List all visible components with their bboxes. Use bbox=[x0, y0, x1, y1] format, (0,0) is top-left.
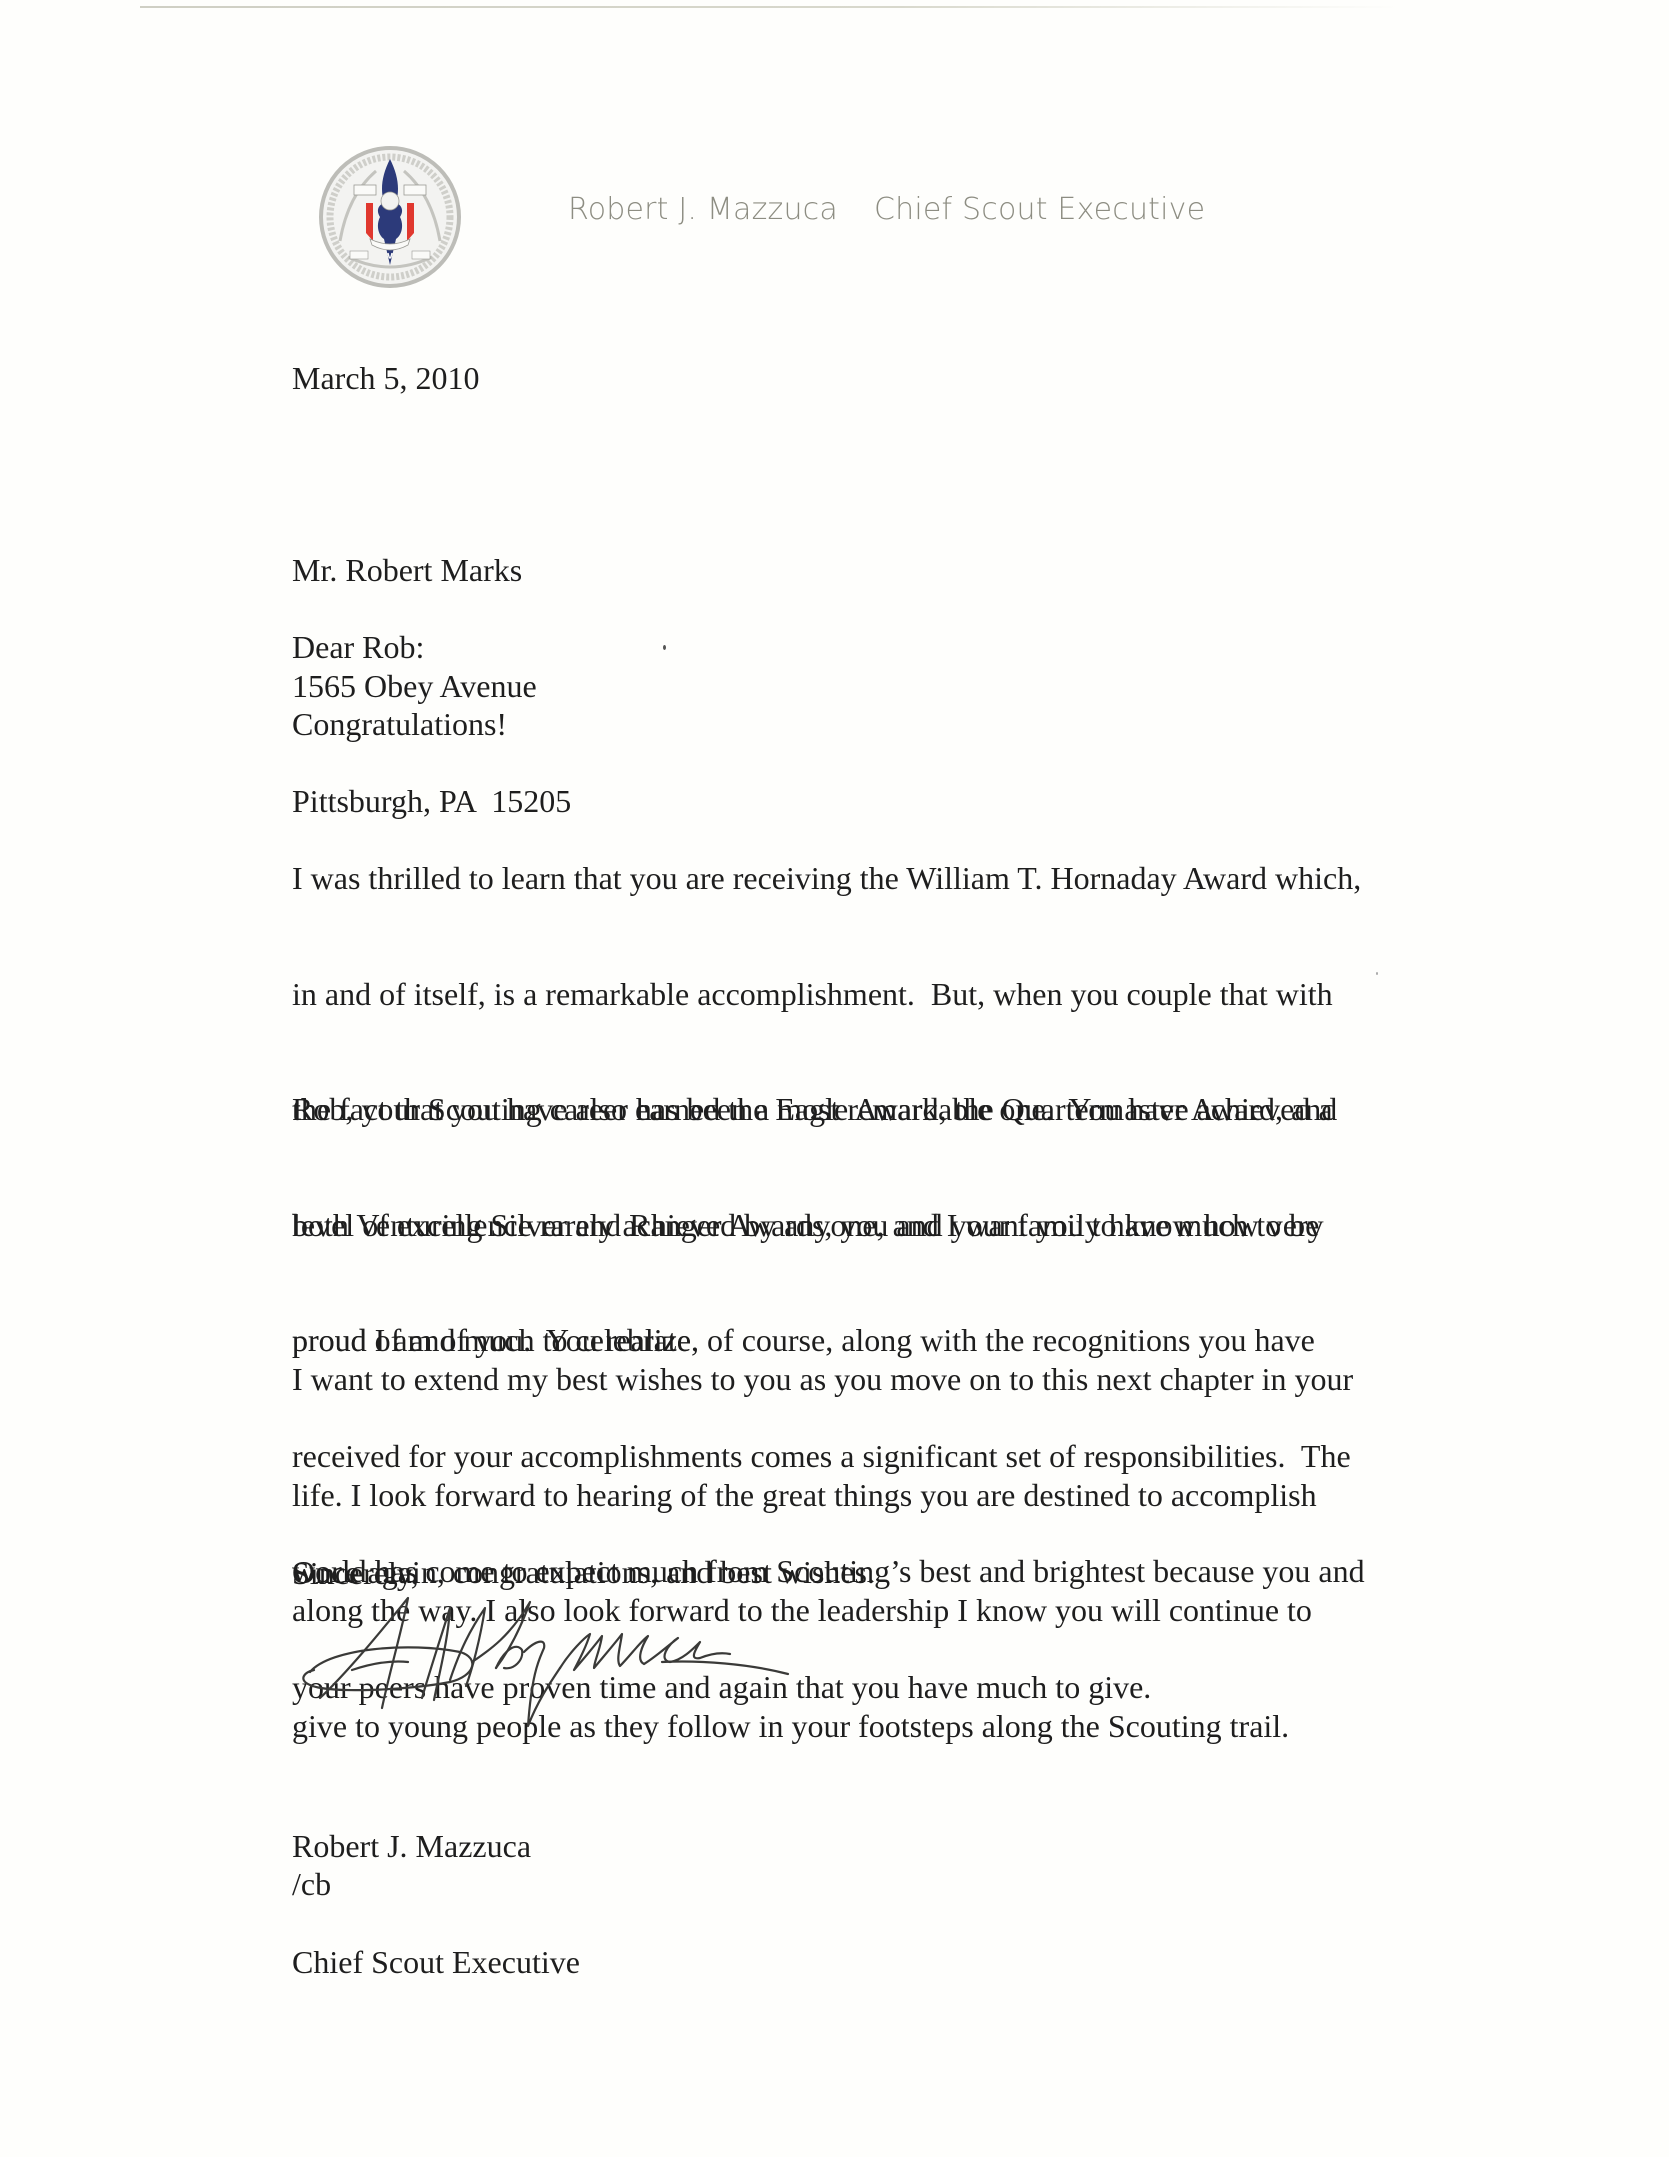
opening-line: Congratulations! bbox=[292, 705, 507, 744]
bsa-seal-logo-icon bbox=[318, 145, 462, 289]
letterhead: Robert J. MazzucaChief Scout Executive bbox=[568, 190, 1205, 230]
scan-speck bbox=[1376, 972, 1378, 975]
scan-speck bbox=[663, 645, 666, 650]
reference-initials: /cb bbox=[292, 1865, 331, 1904]
letterhead-title: Chief Scout Executive bbox=[874, 192, 1205, 227]
signer-title: Chief Scout Executive bbox=[292, 1943, 580, 1982]
letterhead-name: Robert J. Mazzuca bbox=[568, 192, 838, 227]
handwritten-signature-icon bbox=[290, 1590, 790, 1740]
paragraph-line: I was thrilled to learn that you are rec… bbox=[292, 859, 1361, 898]
letter-date: March 5, 2010 bbox=[292, 359, 480, 398]
scan-edge-line bbox=[140, 6, 1400, 8]
salutation: Dear Rob: bbox=[292, 628, 424, 667]
paragraph-line: in and of itself, is a remarkable accomp… bbox=[292, 975, 1361, 1014]
closing: Sincerely, bbox=[292, 1554, 419, 1593]
paragraph-line: level of excellence rarely achieved by a… bbox=[292, 1206, 1365, 1245]
paragraph-line: I want to extend my best wishes to you a… bbox=[292, 1360, 1353, 1399]
signer-block: Robert J. Mazzuca Chief Scout Executive bbox=[292, 1750, 580, 2020]
recipient-name: Mr. Robert Marks bbox=[292, 551, 571, 590]
signer-name: Robert J. Mazzuca bbox=[292, 1827, 580, 1866]
paragraph-line: Rob, your Scouting career has been a mos… bbox=[292, 1090, 1365, 1129]
recipient-street: 1565 Obey Avenue bbox=[292, 667, 571, 706]
